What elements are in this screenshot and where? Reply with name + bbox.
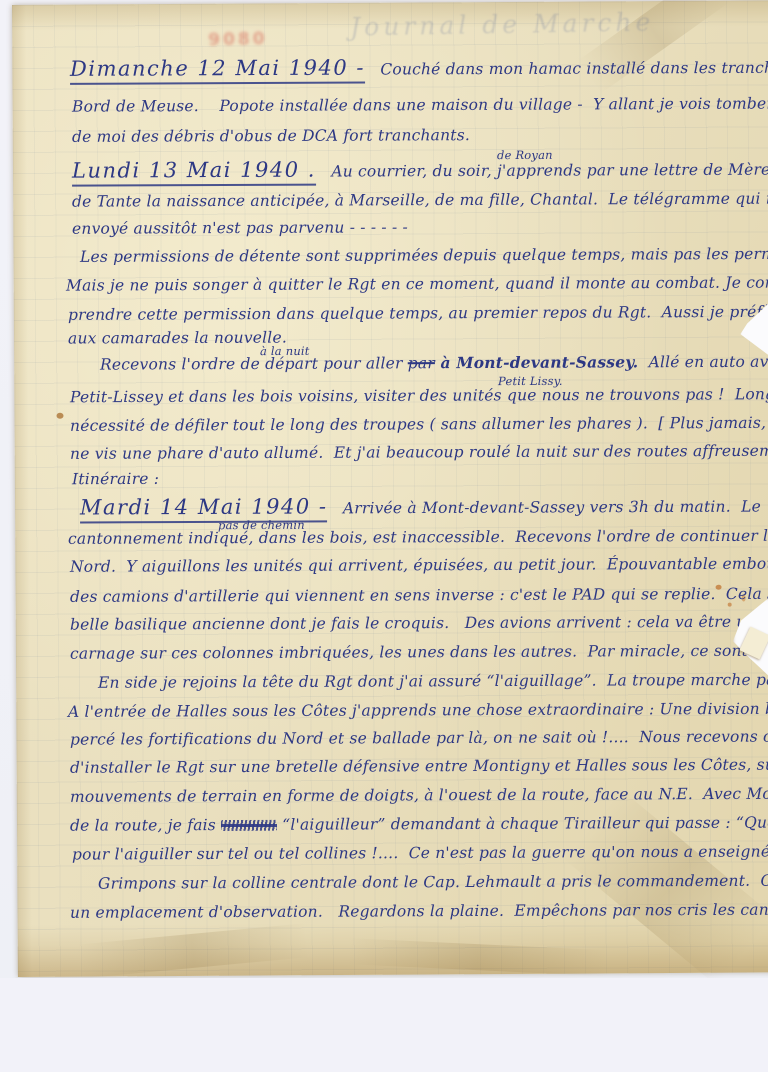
handwritten-text: des camions d'artillerie qui viennent en… <box>70 584 768 606</box>
handwritten-text: un emplacement d'observation. Regardons … <box>70 900 768 921</box>
handwritten-text: Arrivée à Mont-devant-Sassey vers 3h du … <box>327 498 761 518</box>
date-heading-text: Lundi 13 Mai 1940 . <box>72 158 316 187</box>
handwritten-line: pour l'aiguiller sur tel ou tel collines… <box>72 843 768 863</box>
handwritten-text: de la route, je fais <box>70 816 221 835</box>
handwritten-line: des camions d'artillerie qui viennent en… <box>70 585 768 606</box>
handwritten-line: de moi des débris d'obus de DCA fort tra… <box>72 127 470 146</box>
handwritten-line: mouvements de terrain en forme de doigts… <box>70 785 768 805</box>
handwritten-line: A l'entrée de Halles sous les Côtes j'ap… <box>68 700 768 721</box>
handwritten-line: Nord. Y aiguillons les unités qui arrive… <box>70 555 768 575</box>
handwritten-text: Couché dans mon hamac installé dans les … <box>365 58 768 78</box>
handwriting-lines: Dimanche 12 Mai 1940 - Couché dans mon h… <box>0 0 768 975</box>
handwritten-text: de Tante la naissance anticipée, à Marse… <box>72 189 768 210</box>
scribbled-out-word <box>221 820 277 831</box>
handwritten-text: Mais je ne puis songer à quitter le Rgt … <box>66 273 768 294</box>
scanner-background <box>0 978 768 1072</box>
handwritten-line: carnage sur ces colonnes imbriquées, les… <box>70 642 768 662</box>
handwritten-line: percé les fortifications du Nord et se b… <box>70 728 768 748</box>
handwritten-line: cantonnement indiqué, dans les bois, est… <box>68 527 768 547</box>
handwritten-text: Recevons l'ordre de départ pour aller <box>100 354 408 373</box>
handwritten-text: mouvements de terrain en forme de doigts… <box>70 784 768 806</box>
date-heading-dimanche-12-mai: Dimanche 12 Mai 1940 - Couché dans mon h… <box>70 54 768 80</box>
handwritten-line: Itinéraire : <box>72 471 159 488</box>
handwritten-line: Recevons l'ordre de départ pour aller pa… <box>100 353 768 373</box>
date-heading-mardi-14-mai: Mardi 14 Mai 1940 - Arrivée à Mont-devan… <box>80 494 761 519</box>
handwritten-line: Mais je ne puis songer à quitter le Rgt … <box>66 274 768 294</box>
handwritten-line: Les permissions de détente sont supprimé… <box>80 245 768 266</box>
handwritten-text: belle basilique ancienne dont je fais le… <box>70 612 768 633</box>
scanned-page: 9080 Journal de Marche Dimanche 12 Mai 1… <box>0 0 768 1072</box>
handwritten-line: prendre cette permission dans quelque te… <box>68 303 768 324</box>
handwritten-text: Bord de Meuse. Popote installée dans une… <box>72 95 768 116</box>
handwritten-line: Bord de Meuse. Popote installée dans une… <box>72 95 768 115</box>
handwritten-text: nécessité de défiler tout le long des tr… <box>70 413 768 435</box>
handwritten-text: Allé en auto avec Grezy à <box>638 352 768 371</box>
handwritten-text: carnage sur ces colonnes imbriquées, les… <box>70 641 768 662</box>
handwritten-text: à Mont-devant-Sassey. <box>435 352 638 372</box>
handwritten-line: ne vis une phare d'auto allumé. Et j'ai … <box>70 442 768 463</box>
handwritten-text: de moi des débris d'obus de DCA fort tra… <box>72 126 470 146</box>
handwritten-line: de Tante la naissance anticipée, à Marse… <box>72 190 768 210</box>
handwritten-text: pour l'aiguiller sur tel ou tel collines… <box>72 842 768 863</box>
handwritten-line: aux camarades la nouvelle. <box>68 330 287 348</box>
handwritten-line: d'installer le Rgt sur une bretelle défe… <box>70 756 768 776</box>
handwritten-text: Les permissions de détente sont supprimé… <box>80 244 768 266</box>
handwritten-text: par <box>408 354 435 372</box>
date-heading-text: Dimanche 12 Mai 1940 - <box>70 56 365 85</box>
handwritten-line: belle basilique ancienne dont je fais le… <box>70 613 768 633</box>
handwritten-line: un emplacement d'observation. Regardons … <box>70 901 768 921</box>
handwritten-text: “l'aiguilleur” demandant à chaque Tirail… <box>277 813 768 833</box>
handwritten-line: de la route, je fais “l'aiguilleur” dema… <box>70 814 768 834</box>
handwritten-text: Nord. Y aiguillons les unités qui arrive… <box>70 554 768 576</box>
date-heading-lundi-13-mai: Lundi 13 Mai 1940 . Au courrier, du soir… <box>72 156 768 181</box>
handwritten-text: ne vis une phare d'auto allumé. Et j'ai … <box>70 441 768 463</box>
handwritten-text: d'installer le Rgt sur une bretelle défe… <box>70 755 768 777</box>
handwritten-text: Grimpons sur la colline centrale dont le… <box>98 871 768 892</box>
handwritten-text: Itinéraire : <box>72 470 159 488</box>
handwritten-line: envoyé aussitôt n'est pas parvenu - - - … <box>72 219 408 237</box>
handwritten-text: A l'entrée de Halles sous les Côtes j'ap… <box>68 699 768 721</box>
handwritten-text: prendre cette permission dans quelque te… <box>68 302 768 324</box>
handwritten-text: cantonnement indiqué, dans les bois, est… <box>68 526 768 548</box>
handwritten-text: En side je rejoins la tête du Rgt dont j… <box>98 670 768 692</box>
handwritten-line: nécessité de défiler tout le long des tr… <box>70 414 768 435</box>
handwritten-line: Petit-Lissey et dans les bois voisins, v… <box>70 385 768 406</box>
handwritten-line: Grimpons sur la colline centrale dont le… <box>98 872 768 892</box>
handwritten-text: percé les fortifications du Nord et se b… <box>70 727 768 748</box>
handwritten-text: Au courrier, du soir, j'apprends par une… <box>316 160 768 180</box>
handwritten-text: envoyé aussitôt n'est pas parvenu - - - … <box>72 218 408 237</box>
handwritten-text: aux camarades la nouvelle. <box>68 329 287 348</box>
handwritten-line: En side je rejoins la tête du Rgt dont j… <box>98 671 768 691</box>
handwritten-text: Petit-Lissey et dans les bois voisins, v… <box>70 384 768 407</box>
